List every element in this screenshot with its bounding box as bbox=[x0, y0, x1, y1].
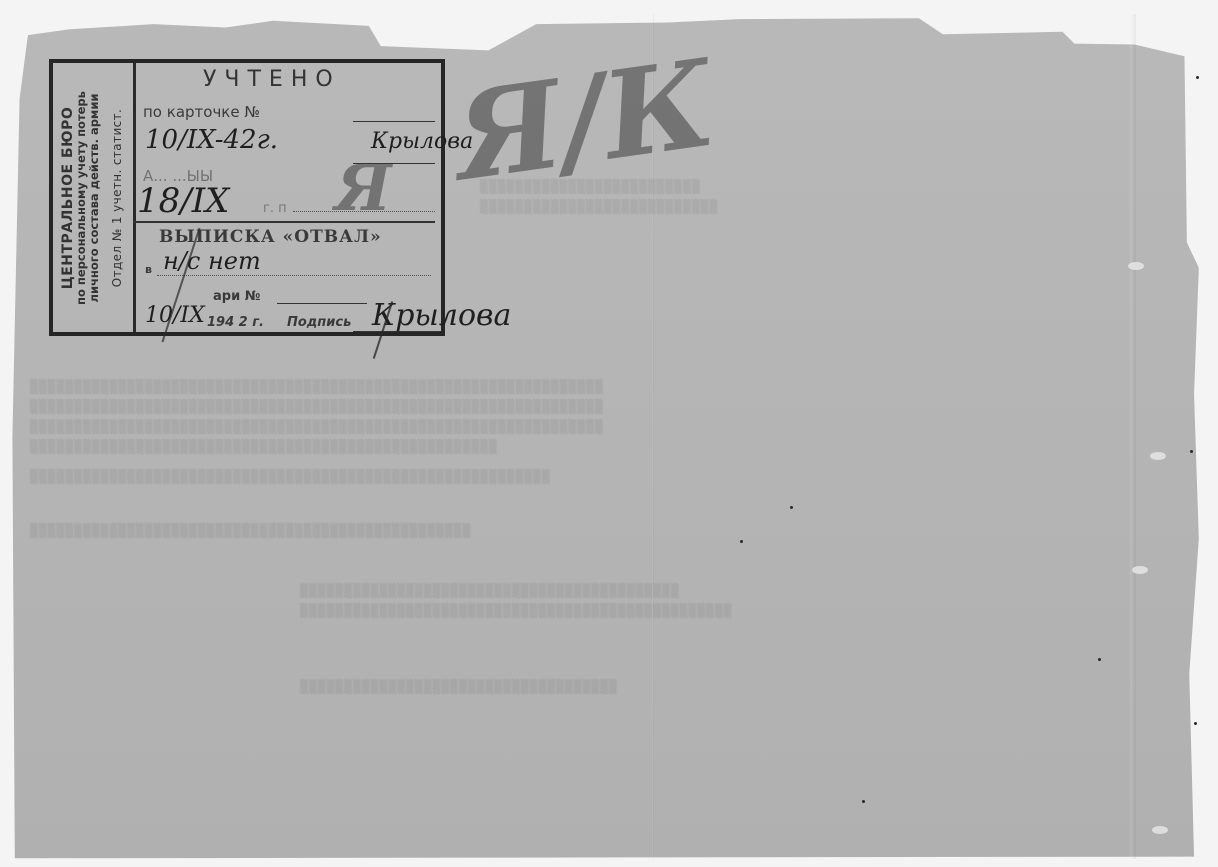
stamp-title: УЧТЕНО bbox=[203, 67, 341, 92]
issuer-department: Отдел № 1 учетн. статист. bbox=[111, 64, 124, 332]
card-label: по карточке № bbox=[143, 103, 260, 121]
show-through-text: ▒▒▒▒▒▒▒▒▒▒▒▒▒▒▒▒▒▒▒▒▒▒▒▒▒▒▒▒▒▒▒▒▒▒▒▒▒▒▒▒… bbox=[30, 470, 551, 485]
ink-speck bbox=[740, 540, 743, 543]
in-value: н/с нет bbox=[163, 247, 261, 275]
card-date: 10/IX-42г. bbox=[145, 125, 278, 155]
show-through-text: ▒▒▒▒▒▒▒▒▒▒▒▒▒▒▒▒▒▒▒▒▒▒▒▒▒▒▒▒▒▒▒▒▒▒▒▒▒▒▒▒… bbox=[30, 440, 498, 455]
year-label: 194 2 г. bbox=[207, 315, 264, 330]
pencil-mark: Я bbox=[335, 151, 391, 226]
page-crease bbox=[1130, 14, 1136, 859]
ink-speck bbox=[1194, 722, 1197, 725]
paper-tear bbox=[1150, 452, 1166, 460]
show-through-text: ▒▒▒▒▒▒▒▒▒▒▒▒▒▒▒▒▒▒▒▒▒▒▒▒▒▒▒▒▒▒▒▒▒▒▒▒▒▒▒▒… bbox=[30, 400, 604, 415]
section-rule bbox=[133, 221, 435, 223]
in-label: в bbox=[145, 263, 152, 276]
second-dots bbox=[293, 211, 435, 212]
ink-speck bbox=[1098, 658, 1101, 661]
stamp-issuer: ЦЕНТРАЛЬНОЕ БЮРО по персональному учету … bbox=[62, 64, 124, 332]
stamp-side-panel: ЦЕНТРАЛЬНОЕ БЮРО по персональному учету … bbox=[53, 63, 136, 332]
ink-speck bbox=[862, 800, 865, 803]
show-through-text: ▒▒▒▒▒▒▒▒▒▒▒▒▒▒▒▒▒▒▒▒▒▒▒▒▒▒▒▒▒▒▒▒▒▒▒▒▒▒▒▒… bbox=[30, 380, 604, 395]
number-label: ари № bbox=[213, 289, 260, 304]
second-date: 18/IX bbox=[137, 181, 229, 221]
in-dots bbox=[157, 275, 431, 276]
signature-label: Подпись bbox=[287, 315, 351, 330]
card-rule bbox=[353, 121, 435, 122]
show-through-text: ▒▒▒▒▒▒▒▒▒▒▒▒▒▒▒▒▒▒▒▒▒▒▒▒▒▒▒▒▒▒▒▒▒▒▒▒▒▒▒▒… bbox=[30, 524, 471, 539]
show-through-text: ▒▒▒▒▒▒▒▒▒▒▒▒▒▒▒▒▒▒▒▒▒▒▒▒▒▒▒▒▒▒▒▒▒▒▒▒ bbox=[300, 680, 618, 695]
paper-tear bbox=[1152, 826, 1168, 834]
show-through-text: ▒▒▒▒▒▒▒▒▒▒▒▒▒▒▒▒▒▒▒▒▒▒▒▒▒▒▒▒▒▒▒▒▒▒▒▒▒▒▒▒… bbox=[30, 420, 604, 435]
show-through-text: ▒▒▒▒▒▒▒▒▒▒▒▒▒▒▒▒▒▒▒▒▒▒▒▒▒▒▒ bbox=[480, 200, 718, 215]
registration-stamp: ЦЕНТРАЛЬНОЕ БЮРО по персональному учету … bbox=[49, 59, 445, 336]
ink-speck bbox=[790, 506, 793, 509]
second-suffix: г. п bbox=[263, 201, 287, 216]
signature: Крылова bbox=[372, 298, 511, 333]
ink-speck bbox=[1196, 76, 1199, 79]
show-through-text: ▒▒▒▒▒▒▒▒▒▒▒▒▒▒▒▒▒▒▒▒▒▒▒▒▒▒▒▒▒▒▒▒▒▒▒▒▒▒▒▒… bbox=[300, 584, 680, 599]
show-through-text: ▒▒▒▒▒▒▒▒▒▒▒▒▒▒▒▒▒▒▒▒▒▒▒▒▒▒▒▒▒▒▒▒▒▒▒▒▒▒▒▒… bbox=[300, 604, 733, 619]
paper-tear bbox=[1128, 262, 1144, 270]
ink-speck bbox=[1190, 450, 1193, 453]
issuer-line3: личного состава действ. армии bbox=[88, 64, 101, 332]
number-rule bbox=[277, 303, 367, 304]
paper-tear bbox=[1132, 566, 1148, 574]
